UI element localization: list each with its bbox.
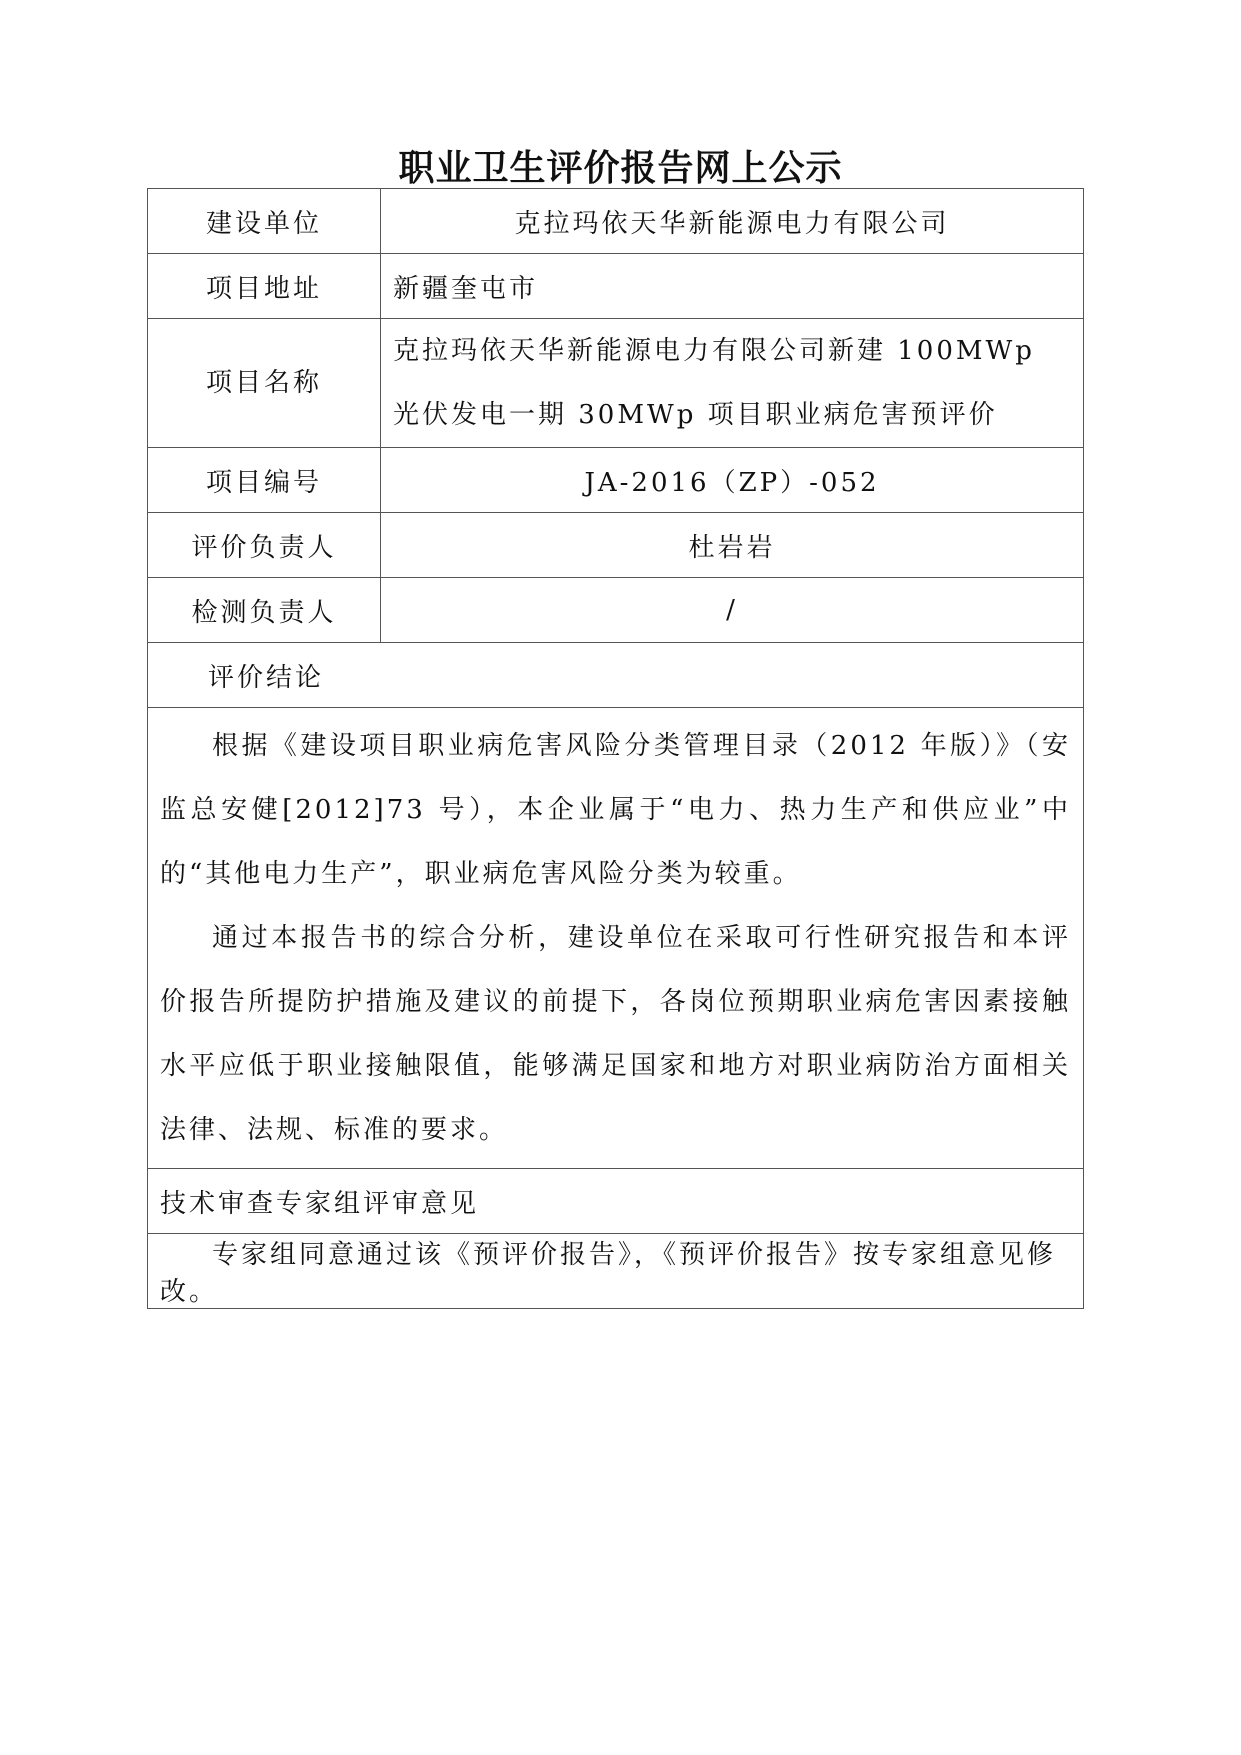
- project-name-label: 项目名称: [148, 319, 381, 448]
- table-row: 项目地址 新疆奎屯市: [148, 254, 1084, 319]
- expert-review-text: 专家组同意通过该《预评价报告》，《预评价报告》按专家组意见修改。: [148, 1234, 1084, 1309]
- conclusion-body: 根据《建设项目职业病危害风险分类管理目录（2012 年版）》（安监总安健[201…: [148, 708, 1084, 1169]
- project-address-label: 项目地址: [148, 254, 381, 319]
- construction-unit-value: 克拉玛依天华新能源电力有限公司: [381, 189, 1084, 254]
- project-name-value: 克拉玛依天华新能源电力有限公司新建 100MWp 光伏发电一期 30MWp 项目…: [381, 319, 1084, 448]
- table-row: 专家组同意通过该《预评价报告》，《预评价报告》按专家组意见修改。: [148, 1234, 1084, 1309]
- conclusion-label: 评价结论: [148, 643, 1084, 708]
- conclusion-paragraph: 通过本报告书的综合分析，建设单位在采取可行性研究报告和本评价报告所提防护措施及建…: [160, 906, 1071, 1162]
- table-row: 技术审查专家组评审意见: [148, 1169, 1084, 1234]
- construction-unit-label: 建设单位: [148, 189, 381, 254]
- project-number-label: 项目编号: [148, 448, 381, 513]
- evaluation-lead-label: 评价负责人: [148, 513, 381, 578]
- table-row: 评价负责人 杜岩岩: [148, 513, 1084, 578]
- testing-lead-label: 检测负责人: [148, 578, 381, 643]
- testing-lead-value: /: [381, 578, 1084, 643]
- evaluation-lead-value: 杜岩岩: [381, 513, 1084, 578]
- table-row: 检测负责人 /: [148, 578, 1084, 643]
- table-row: 评价结论: [148, 643, 1084, 708]
- conclusion-paragraph: 根据《建设项目职业病危害风险分类管理目录（2012 年版）》（安监总安健[201…: [160, 714, 1071, 906]
- project-address-value: 新疆奎屯市: [381, 254, 1084, 319]
- table-row: 项目编号 JA-2016（ZP）-052: [148, 448, 1084, 513]
- project-number-value: JA-2016（ZP）-052: [381, 448, 1084, 513]
- disclosure-table: 建设单位 克拉玛依天华新能源电力有限公司 项目地址 新疆奎屯市 项目名称 克拉玛…: [147, 188, 1084, 1309]
- document-title: 职业卫生评价报告网上公示: [0, 140, 1241, 191]
- table-row: 项目名称 克拉玛依天华新能源电力有限公司新建 100MWp 光伏发电一期 30M…: [148, 319, 1084, 448]
- expert-review-label: 技术审查专家组评审意见: [148, 1169, 1084, 1234]
- table-row: 建设单位 克拉玛依天华新能源电力有限公司: [148, 189, 1084, 254]
- table-row: 根据《建设项目职业病危害风险分类管理目录（2012 年版）》（安监总安健[201…: [148, 708, 1084, 1169]
